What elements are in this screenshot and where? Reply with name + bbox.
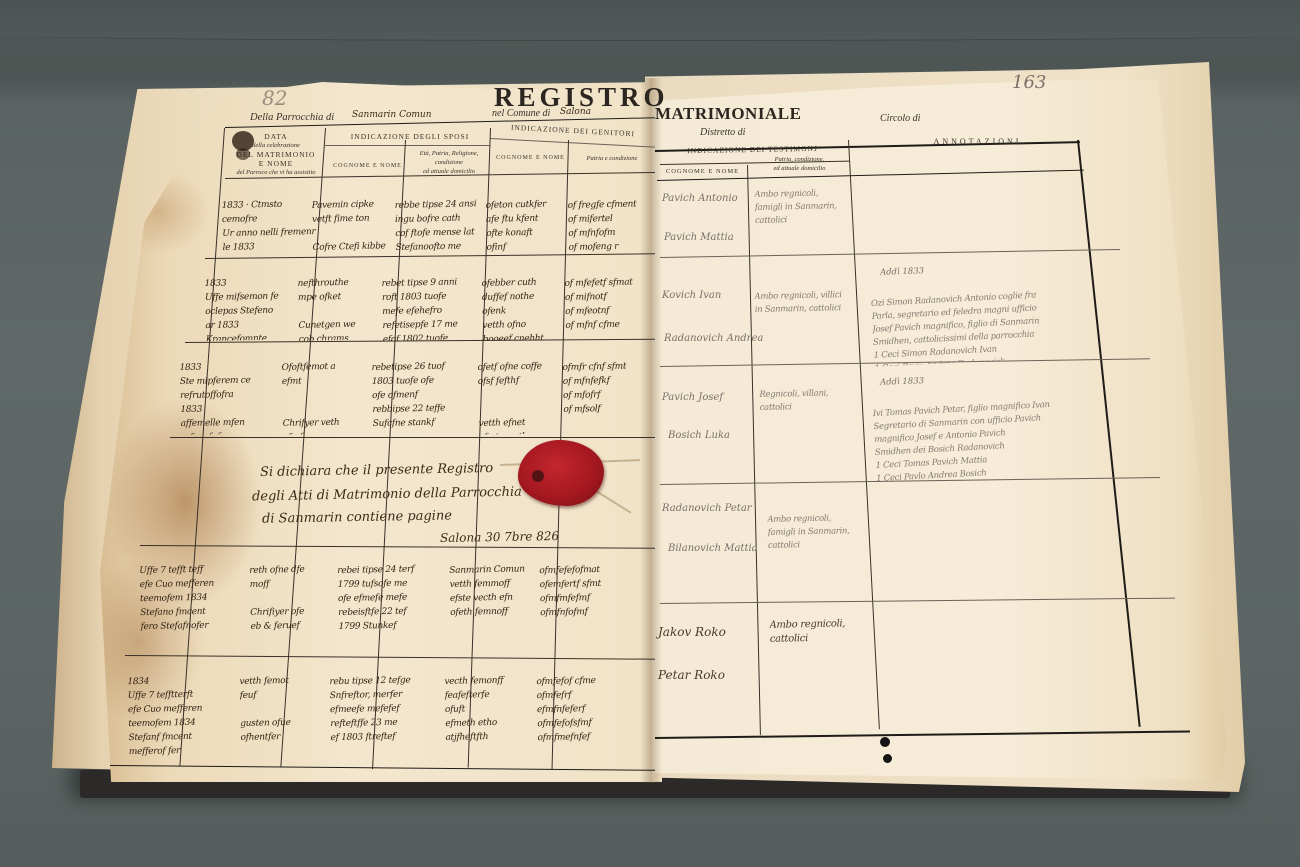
witness-info: Regnicoli, villani, cattolici xyxy=(759,387,848,459)
entry-parent-3: ofetf ofne coffe ofsf fefthf vetth efnet… xyxy=(477,345,564,435)
header-parents-info: Patria e condizione xyxy=(572,154,652,163)
binding-hole xyxy=(880,737,890,747)
witness-info: Ambo regnicoli, famigli in Sanmarin, cat… xyxy=(767,512,853,584)
red-wax-seal xyxy=(518,440,604,506)
entry-parent-info-4: ofmfefefofmat ofemfertf sfmt ofmfmfefmf … xyxy=(539,548,651,652)
witness-info: Ambo regnicoli, famigli in Sanmarin, cat… xyxy=(754,187,843,249)
right-page-number: 163 xyxy=(1012,72,1046,93)
grid-line xyxy=(325,145,490,146)
witness-info: Ambo regnicoli, cattolici xyxy=(769,617,850,679)
circle-label: Circolo di xyxy=(880,113,920,124)
witness-name: Pavich Antonio xyxy=(662,193,738,204)
entry-spouse-4: reth ofne dfe moff Chrifiyer ofe eb & fe… xyxy=(249,548,339,652)
certification-line-4: Salona 30 7bre 826 xyxy=(440,529,559,545)
entry-spouse-2: nefthrouthe mpe ofket Cunetgen we cob ch… xyxy=(297,261,389,341)
entry-parent-info-2: of mfefetf sfmat of mifnotf of mfeotnf o… xyxy=(564,261,651,341)
entry-date-3: 1833 Ste mipferem ce refrutoffofra 1833 … xyxy=(179,345,281,435)
entry-date-2: 1833 Uffe mifsemon fe oclepas Stefeno ar… xyxy=(204,261,306,341)
entry-parent-1: ofeton cutkfer afe ftu kfent ofte konaft… xyxy=(485,183,564,257)
header-annotations: ANNOTAZIONI. xyxy=(900,137,1060,146)
entry-date-5: 1834 Uffe 7 tefftterft efe Cuo mefferen … xyxy=(127,659,241,761)
annotation-date: Addì 1833 xyxy=(880,266,924,278)
annotation-text-1: Ozi Simon Radanovich Antonio coglie fra … xyxy=(870,271,1139,367)
seal-shadow xyxy=(532,470,544,482)
entry-parent-info-1: of fregfe cfment of mifertel of mfnfofm … xyxy=(567,183,650,257)
witness-name: Pavich Josef xyxy=(662,392,723,403)
backdrop-fold xyxy=(0,0,1300,41)
entry-parent-4: Sanmarin Comun vetth femmoff efste vecth… xyxy=(449,548,539,652)
witness-name: Radanovich Andrea xyxy=(664,333,763,344)
entry-spouse-1: Pavemin cipke vetft fime ton Cofre Ctefi… xyxy=(311,183,397,257)
header-spouses: INDICAZIONE DEGLI SPOSI xyxy=(330,132,490,141)
comune-value: Salona xyxy=(560,107,591,117)
witness-name: Radanovich Petar xyxy=(662,503,752,514)
comune-label: nel Comune di xyxy=(492,108,550,119)
header-witnesses-info: Patria, condizione, ed attuale domicilio xyxy=(752,155,847,173)
entry-spouse-info-1: rebbe tipse 24 ansi ingu bofre cath cof … xyxy=(394,183,485,257)
entry-parent-info-3: ofmfr cfnf sfmt of mfnfefkf of mfofrf of… xyxy=(562,345,652,435)
witness-name: Jakov Roko xyxy=(658,625,726,639)
ink-stain xyxy=(236,148,250,160)
header-witnesses-name: COGNOME E NOME xyxy=(660,168,745,175)
entry-spouse-3: Ofoftfemot a efmt Chrifyer veth efmf xyxy=(281,345,373,435)
entry-date-4: Uffe 7 tefft teff efe Cuo mefferen teemo… xyxy=(139,548,251,652)
entry-spouse-info-5: rebu tipse 12 tefge Snfreftor, merfer ef… xyxy=(329,659,441,761)
header-spouses-info: Età, Patria, Religione, condizione ed at… xyxy=(408,149,490,176)
parish-label: Della Parrocchia di xyxy=(250,112,334,123)
witness-name: Petar Roko xyxy=(658,668,725,682)
parish-value: Sanmarin Comun xyxy=(352,110,432,120)
entry-spouse-info-2: rebet tipse 9 anni roft 1803 tuofe mefe … xyxy=(381,261,478,341)
left-page-number: 82 xyxy=(262,86,287,110)
district-label: Distretto di xyxy=(700,127,745,138)
witness-name: Kovich Ivan xyxy=(662,290,721,301)
entry-parent-info-5: ofmfefof cfme ofmfefrf efmfnfeferf ofmfe… xyxy=(536,659,650,761)
header-parents-name: COGNOME E NOME xyxy=(493,155,568,161)
header-spouses-name: COGNOME E NOME xyxy=(330,163,405,169)
binding-hole xyxy=(883,754,892,763)
witness-name: Bosich Luka xyxy=(668,430,730,441)
annotation-text-2: Ivi Tomas Pavich Petar, figlio magnifico… xyxy=(872,381,1146,483)
entry-parent-5: vecth femonff feafefterfe ofuft efmeth e… xyxy=(444,659,536,761)
witness-info: Ambo regnicoli, villici in Sanmarin, cat… xyxy=(754,289,845,351)
witness-name: Pavich Mattia xyxy=(664,232,734,243)
witness-name: Bilanovich Mattia xyxy=(668,543,758,554)
row-divider xyxy=(170,437,655,438)
register-title-continued: MATRIMONIALE xyxy=(655,104,801,124)
entry-date-1: 1833 · Ctmsto cemofre Ur anno nelli frem… xyxy=(221,183,317,257)
entry-spouse-info-3: rebetipse 26 tuof 1803 tuofe ofe ofe ofm… xyxy=(371,345,473,435)
annotation-date: Addì 1833 xyxy=(880,376,924,388)
entry-spouse-5: vetth femot feuf gusten ofue ofhentfer xyxy=(239,659,331,761)
entry-parent-2: ofebber cuth duffef nothe ofenk vetth of… xyxy=(481,261,563,341)
entry-spouse-info-4: rebei tipse 24 terf 1799 tufsofe me ofe … xyxy=(337,548,439,652)
